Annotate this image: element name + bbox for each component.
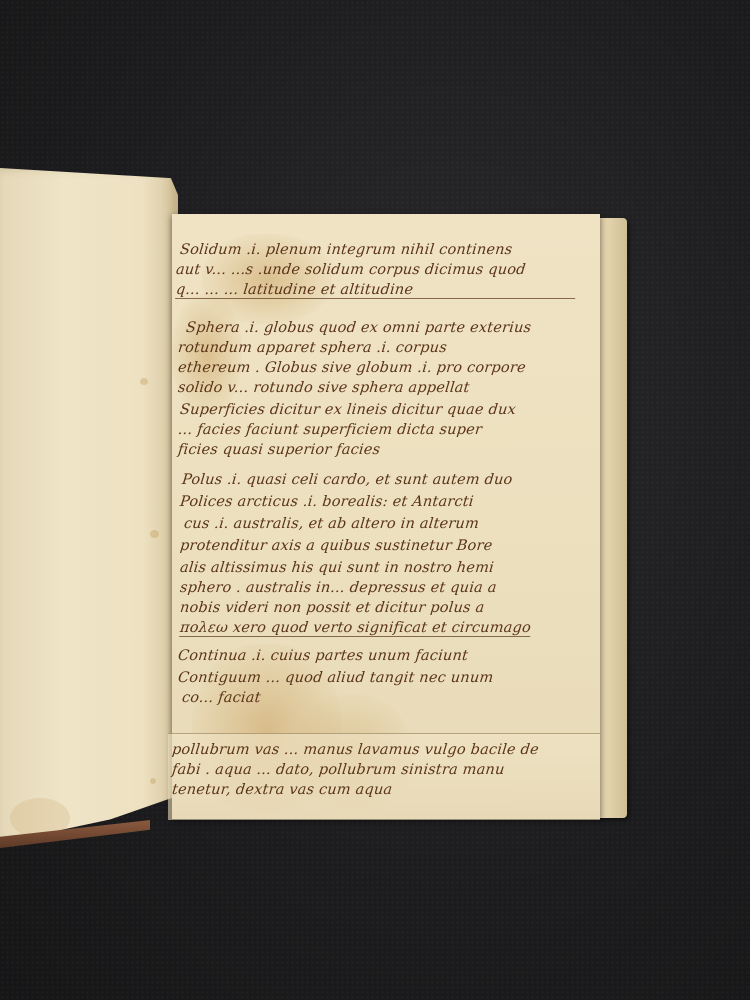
manuscript-line: ethereum . Globus sive globum .i. pro co… [177, 360, 526, 376]
manuscript-line: q... ... ... latitudine et altitudine [175, 282, 577, 299]
manuscript-line: Sphera .i. globus quod ex omni parte ext… [185, 320, 532, 336]
manuscript-line: πολεω xero quod verto significat et circ… [179, 620, 532, 637]
left-blank-page [0, 168, 178, 843]
manuscript-line: Continua .i. cuius partes unum faciunt [177, 648, 469, 664]
manuscript-line: alis altissimus his qui sunt in nostro h… [179, 560, 495, 576]
manuscript-line: nobis videri non possit et dicitur polus… [179, 600, 485, 616]
manuscript-line: ... facies faciunt superficiem dicta sup… [177, 422, 483, 438]
manuscript-line: Polus .i. quasi celi cardo, et sunt aute… [181, 472, 513, 488]
manuscript-line: sphero . australis in... depressus et qu… [179, 580, 497, 596]
pasted-note-slip: pollubrum vas ... manus lavamus vulgo ba… [168, 733, 600, 820]
note-line: pollubrum vas ... manus lavamus vulgo ba… [171, 742, 539, 758]
manuscript-line: cus .i. australis, et ab altero in alter… [183, 516, 480, 532]
manuscript-page: Solidum .i. plenum integrum nihil contin… [172, 214, 600, 819]
note-line: tenetur, dextra vas cum aqua [171, 782, 393, 798]
manuscript-line: Polices arcticus .i. borealis: et Antarc… [179, 494, 474, 510]
foxing-spot [150, 530, 159, 538]
manuscript-line: aut v... ...s .unde solidum corpus dicim… [175, 262, 526, 278]
manuscript-line: rotundum apparet sphera .i. corpus [177, 340, 448, 356]
manuscript-line: Contiguum ... quod aliud tangit nec unum [177, 670, 494, 686]
foxing-spot [150, 778, 156, 784]
manuscript-line: ficies quasi superior facies [177, 442, 381, 458]
manuscript-line: solido v... rotundo sive sphera appellat [177, 380, 470, 396]
manuscript-line: Superficies dicitur ex lineis dicitur qu… [179, 402, 517, 418]
note-line: fabi . aqua ... dato, pollubrum sinistra… [171, 762, 505, 778]
manuscript-line: Solidum .i. plenum integrum nihil contin… [179, 242, 513, 258]
foxing-spot [140, 378, 148, 385]
manuscript-line: protenditur axis a quibus sustinetur Bor… [179, 538, 493, 554]
manuscript-line: co... faciat [181, 690, 261, 706]
